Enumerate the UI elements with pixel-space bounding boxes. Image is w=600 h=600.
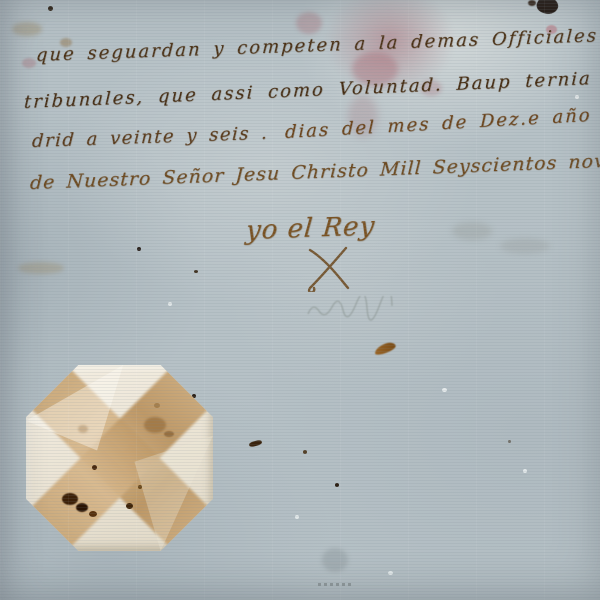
seal-spot xyxy=(89,511,97,517)
ghost-showthrough-text xyxy=(306,296,398,322)
handwritten-line-1: que seguardan y competen a la demas Offi… xyxy=(35,24,600,66)
ink-blot xyxy=(528,0,536,6)
white-fleck xyxy=(168,302,172,306)
pink-stain xyxy=(296,12,322,34)
seal-spot xyxy=(76,503,88,512)
seal-spot xyxy=(62,493,78,505)
dark-speck xyxy=(303,450,307,454)
faint-smudge xyxy=(500,238,550,254)
white-fleck xyxy=(575,95,579,99)
faint-smudge xyxy=(322,548,348,572)
manuscript-photo: que seguardan y competen a la demas Offi… xyxy=(0,0,600,600)
white-fleck xyxy=(523,469,527,473)
dark-dash xyxy=(249,439,263,447)
royal-signature: yo el Rey xyxy=(245,211,377,246)
ink-streak xyxy=(373,341,397,357)
seal-spot xyxy=(164,431,174,437)
tan-smudge xyxy=(12,22,42,36)
signature-flourish xyxy=(298,244,368,292)
dark-speck xyxy=(508,440,511,443)
seal-spot xyxy=(138,485,142,489)
dark-speck xyxy=(137,247,141,251)
faint-dotted-mark xyxy=(318,583,352,586)
handwritten-line-2: tribunales, que assi como Voluntad. Baup… xyxy=(24,67,600,113)
seal-spot xyxy=(126,503,133,509)
white-fleck xyxy=(388,571,393,575)
white-fleck xyxy=(295,515,299,519)
tan-smudge xyxy=(18,262,64,274)
handwritten-line-4: de Nuestro Señor Jesu Christo Mill Seysc… xyxy=(29,148,600,194)
seal-spot xyxy=(154,403,160,408)
seal-spot xyxy=(144,417,166,433)
handwritten-line-3-right: dias del mes de Dez.e año xyxy=(285,105,592,143)
faint-smudge xyxy=(452,222,492,240)
ink-blot xyxy=(535,0,561,17)
white-fleck xyxy=(442,388,447,392)
seal-spot xyxy=(78,425,88,433)
seal-spot xyxy=(92,465,97,470)
pink-stain xyxy=(22,58,36,68)
dark-speck xyxy=(335,483,339,487)
dark-speck xyxy=(48,6,53,11)
octagonal-paper-seal xyxy=(26,365,213,551)
handwritten-line-3-left: drid a veinte y seis . xyxy=(31,123,269,152)
dark-speck xyxy=(194,270,198,273)
